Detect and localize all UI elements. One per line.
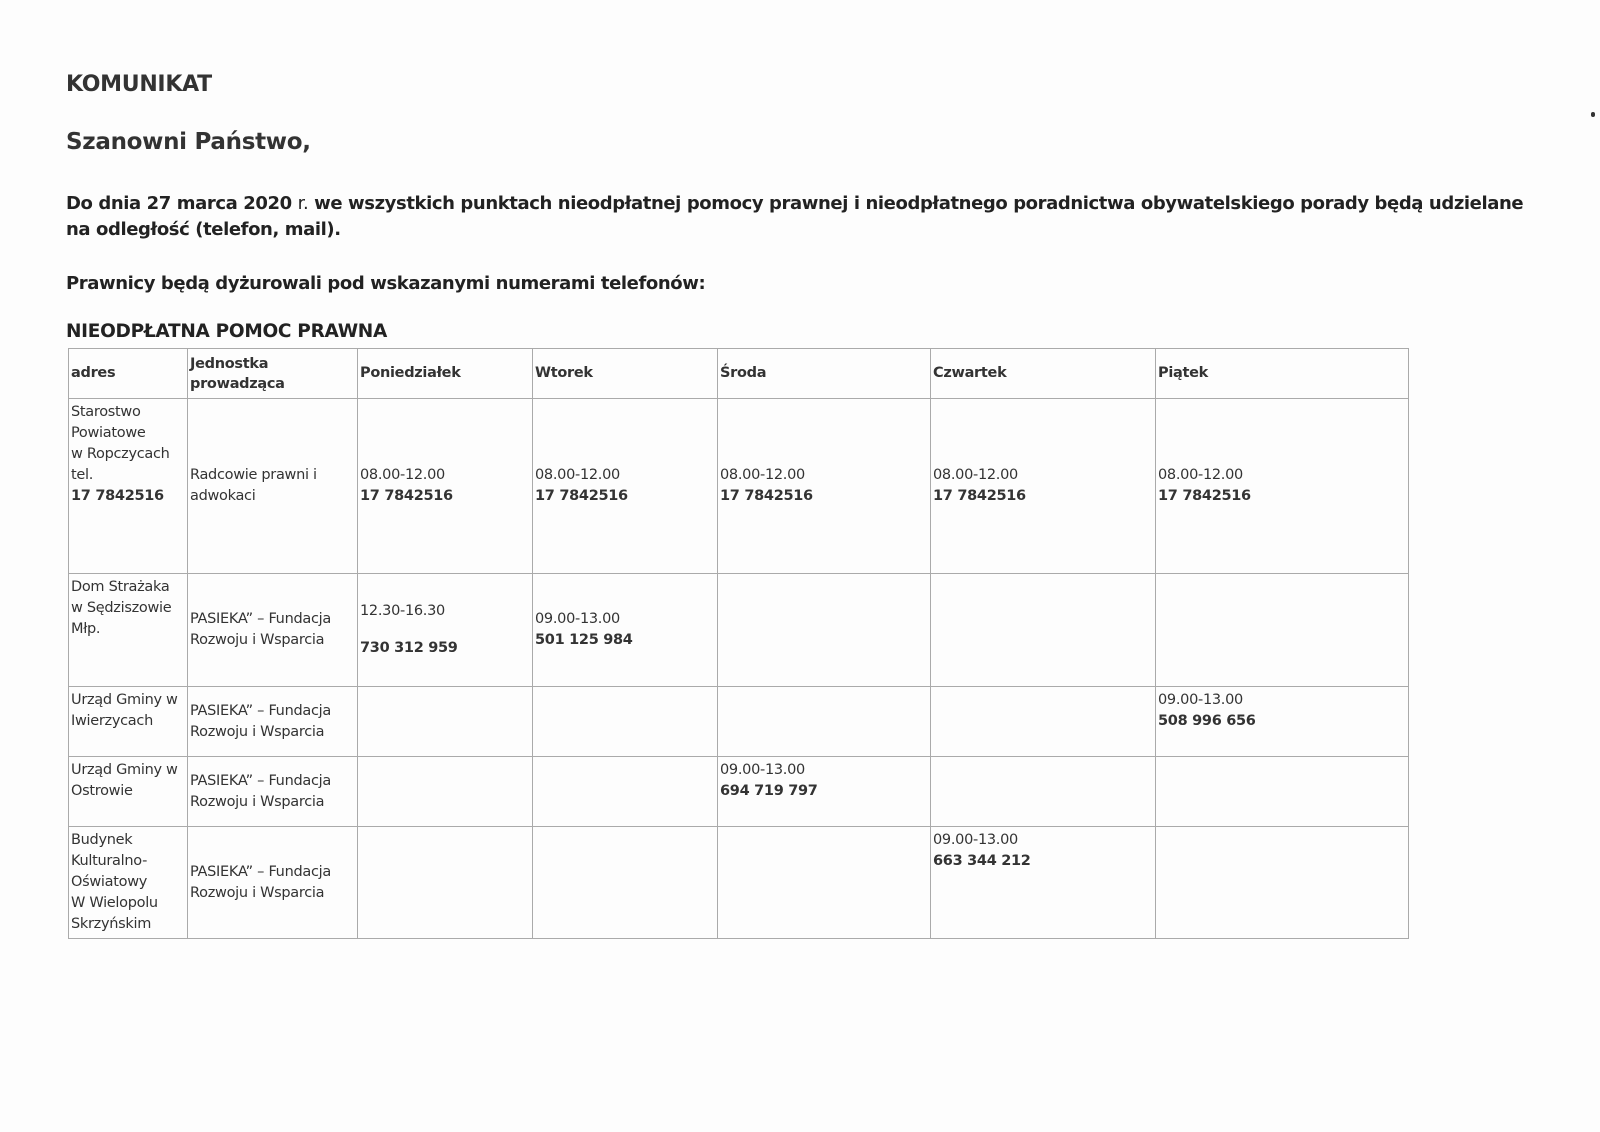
address-phone: 17 7842516: [71, 486, 185, 507]
address-cell: Dom Strażakaw SędziszowieMłp.: [69, 574, 188, 687]
day-cell-thursday: [931, 687, 1156, 757]
announcement-paragraph: Do dnia 27 marca 2020 r. we wszystkich p…: [66, 191, 1536, 243]
header-friday: Piątek: [1156, 349, 1409, 399]
day-cell-tuesday: 09.00-13.00501 125 984: [533, 574, 718, 687]
address-cell: StarostwoPowiatowew Ropczycachtel.17 784…: [69, 399, 188, 574]
day-cell-friday: [1156, 827, 1409, 939]
address-line: w Ropczycach: [71, 444, 185, 465]
address-line: Iwierzycach: [71, 711, 185, 732]
section-title: NIEODPŁATNA POMOC PRAWNA: [66, 321, 387, 342]
phone-text: 17 7842516: [1158, 486, 1406, 507]
unit-cell: PASIEKA” – Fundacja Rozwoju i Wsparcia: [188, 757, 358, 827]
phone-text: 663 344 212: [933, 851, 1153, 872]
address-line: Młp.: [71, 619, 185, 640]
day-cell-tuesday: 08.00-12.0017 7842516: [533, 399, 718, 574]
address-cell: BudynekKulturalno-OświatowyW WielopoluSk…: [69, 827, 188, 939]
phone-text: 694 719 797: [720, 781, 928, 802]
day-cell-friday: 08.00-12.0017 7842516: [1156, 399, 1409, 574]
hours-text: 09.00-13.00: [1158, 690, 1406, 711]
table-row: BudynekKulturalno-OświatowyW WielopoluSk…: [69, 827, 1409, 939]
table-row: StarostwoPowiatowew Ropczycachtel.17 784…: [69, 399, 1409, 574]
hours-text: 08.00-12.00: [933, 465, 1153, 486]
hours-text: 09.00-13.00: [933, 830, 1153, 851]
table-row: Urząd Gminy wIwierzycachPASIEKA” – Funda…: [69, 687, 1409, 757]
schedule-table: adres Jednostka prowadząca Poniedziałek …: [68, 348, 1409, 939]
header-address: adres: [69, 349, 188, 399]
day-cell-monday: [358, 687, 533, 757]
phone-text: 17 7842516: [933, 486, 1153, 507]
day-cell-monday: [358, 827, 533, 939]
address-line: tel.: [71, 465, 185, 486]
day-cell-friday: [1156, 757, 1409, 827]
hours-text: 08.00-12.00: [1158, 465, 1406, 486]
hours-text: 08.00-12.00: [720, 465, 928, 486]
day-cell-tuesday: [533, 827, 718, 939]
address-line: Ostrowie: [71, 781, 185, 802]
header-thursday: Czwartek: [931, 349, 1156, 399]
document-title: KOMUNIKAT: [66, 72, 212, 97]
day-cell-thursday: [931, 574, 1156, 687]
address-line: Dom Strażaka: [71, 577, 185, 598]
phone-text: 17 7842516: [535, 486, 715, 507]
day-cell-thursday: [931, 757, 1156, 827]
announcement-date-text: Do dnia 27 marca 2020: [66, 193, 298, 214]
hours-text: 09.00-13.00: [720, 760, 928, 781]
hours-text: 12.30-16.30: [360, 601, 530, 622]
day-cell-friday: [1156, 574, 1409, 687]
phone-text: 17 7842516: [720, 486, 928, 507]
day-cell-wednesday: [718, 827, 931, 939]
header-wednesday: Środa: [718, 349, 931, 399]
day-cell-friday: 09.00-13.00508 996 656: [1156, 687, 1409, 757]
unit-cell: PASIEKA” – Fundacja Rozwoju i Wsparcia: [188, 827, 358, 939]
day-cell-thursday: 08.00-12.0017 7842516: [931, 399, 1156, 574]
header-tuesday: Wtorek: [533, 349, 718, 399]
address-line: Oświatowy: [71, 872, 185, 893]
address-line: Powiatowe: [71, 423, 185, 444]
greeting: Szanowni Państwo,: [66, 129, 311, 155]
scan-speck: [1591, 112, 1595, 117]
lawyers-duty-paragraph: Prawnicy będą dyżurowali pod wskazanymi …: [66, 273, 705, 294]
day-cell-wednesday: 09.00-13.00694 719 797: [718, 757, 931, 827]
hours-text: 08.00-12.00: [360, 465, 530, 486]
phone-text: 508 996 656: [1158, 711, 1406, 732]
phone-text: 17 7842516: [360, 486, 530, 507]
day-cell-monday: [358, 757, 533, 827]
hours-text: 09.00-13.00: [535, 609, 715, 630]
address-line: Kulturalno-: [71, 851, 185, 872]
address-line: Budynek: [71, 830, 185, 851]
hours-text: 08.00-12.00: [535, 465, 715, 486]
table-row: Urząd Gminy wOstrowiePASIEKA” – Fundacja…: [69, 757, 1409, 827]
address-cell: Urząd Gminy wOstrowie: [69, 757, 188, 827]
day-cell-tuesday: [533, 687, 718, 757]
address-line: Starostwo: [71, 402, 185, 423]
address-cell: Urząd Gminy wIwierzycach: [69, 687, 188, 757]
address-line: W Wielopolu: [71, 893, 185, 914]
day-cell-thursday: 09.00-13.00663 344 212: [931, 827, 1156, 939]
table-header-row: adres Jednostka prowadząca Poniedziałek …: [69, 349, 1409, 399]
phone-text: 730 312 959: [360, 638, 530, 659]
address-line: w Sędziszowie: [71, 598, 185, 619]
day-cell-monday: 12.30-16.30730 312 959: [358, 574, 533, 687]
phone-text: 501 125 984: [535, 630, 715, 651]
header-unit: Jednostka prowadząca: [188, 349, 358, 399]
header-monday: Poniedziałek: [358, 349, 533, 399]
day-cell-wednesday: [718, 574, 931, 687]
day-cell-wednesday: 08.00-12.0017 7842516: [718, 399, 931, 574]
address-line: Urząd Gminy w: [71, 690, 185, 711]
table-row: Dom Strażakaw SędziszowieMłp.PASIEKA” – …: [69, 574, 1409, 687]
day-cell-wednesday: [718, 687, 931, 757]
day-cell-tuesday: [533, 757, 718, 827]
address-line: Skrzyńskim: [71, 914, 185, 935]
announcement-r-text: r.: [298, 193, 309, 214]
day-cell-monday: 08.00-12.0017 7842516: [358, 399, 533, 574]
address-line: Urząd Gminy w: [71, 760, 185, 781]
unit-cell: PASIEKA” – Fundacja Rozwoju i Wsparcia: [188, 687, 358, 757]
unit-cell: PASIEKA” – Fundacja Rozwoju i Wsparcia: [188, 574, 358, 687]
unit-cell: Radcowie prawni i adwokaci: [188, 399, 358, 574]
